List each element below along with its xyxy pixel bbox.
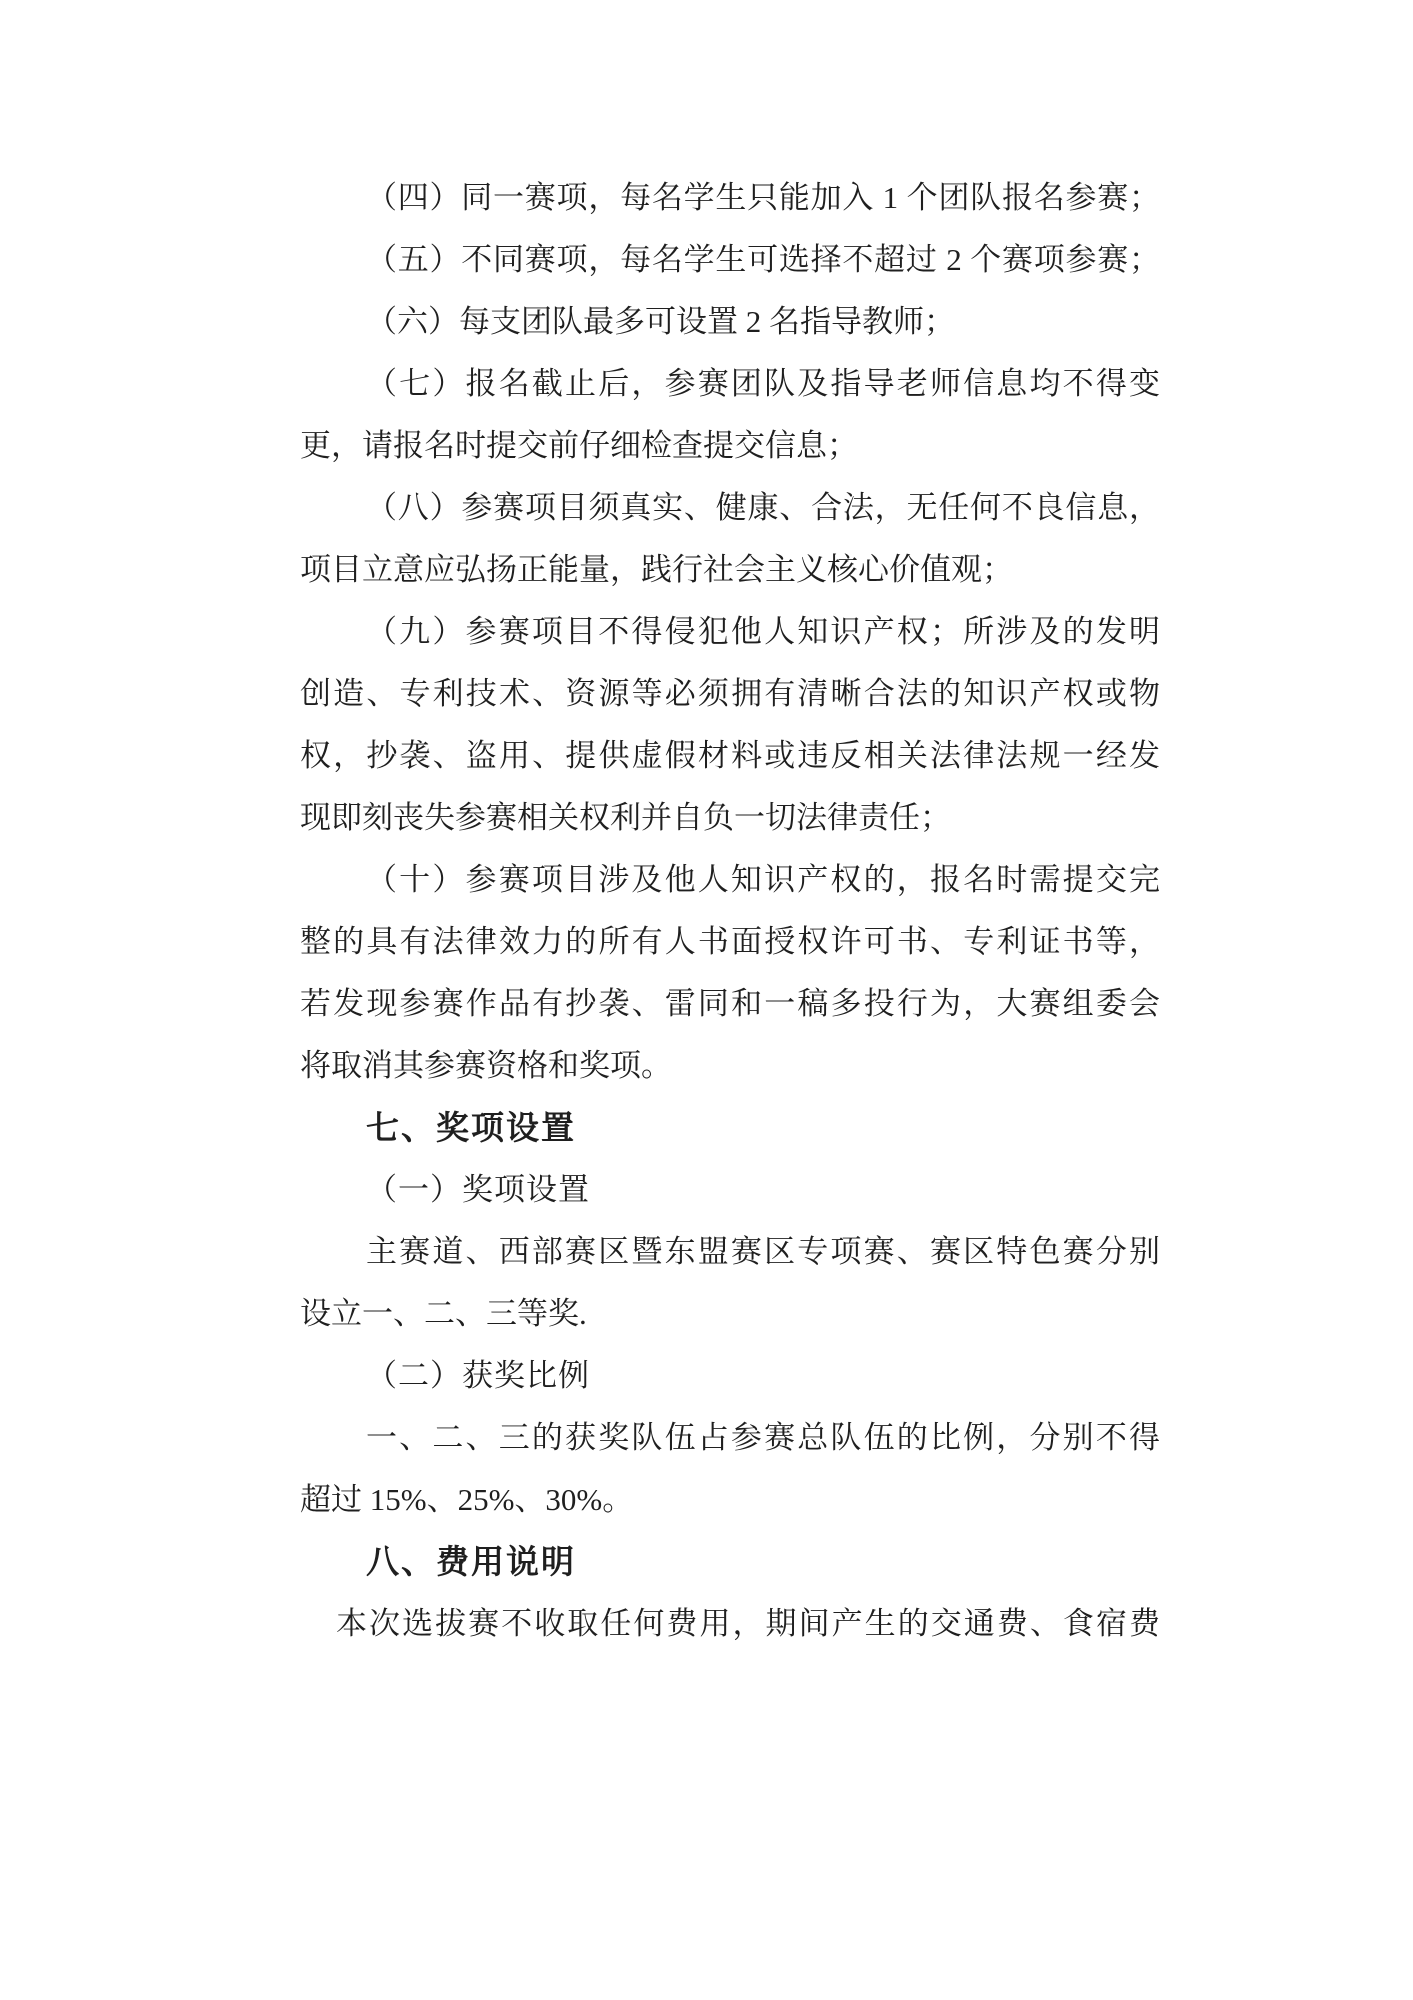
text-line: 本次选拔赛不收取任何费用，期间产生的交通费、食宿费 bbox=[300, 1593, 1160, 1655]
text-line: （七）报名截止后，参赛团队及指导老师信息均不得变 bbox=[300, 353, 1160, 415]
text-line: 七、奖项设置 bbox=[300, 1097, 1160, 1159]
text-line: 超过 15%、25%、30%。 bbox=[300, 1469, 1160, 1531]
text-line: 一、二、三的获奖队伍占参赛总队伍的比例，分别不得 bbox=[300, 1407, 1160, 1469]
text-line: （九）参赛项目不得侵犯他人知识产权；所涉及的发明 bbox=[300, 601, 1160, 663]
text-line: 若发现参赛作品有抄袭、雷同和一稿多投行为，大赛组委会 bbox=[300, 973, 1160, 1035]
document-page: （四）同一赛项，每名学生只能加入 1 个团队报名参赛；（五）不同赛项，每名学生可… bbox=[0, 0, 1413, 2000]
document-text-block: （四）同一赛项，每名学生只能加入 1 个团队报名参赛；（五）不同赛项，每名学生可… bbox=[300, 167, 1160, 1655]
text-line: 项目立意应弘扬正能量，践行社会主义核心价值观； bbox=[300, 539, 1160, 601]
text-line: 主赛道、西部赛区暨东盟赛区专项赛、赛区特色赛分别 bbox=[300, 1221, 1160, 1283]
text-line: （四）同一赛项，每名学生只能加入 1 个团队报名参赛； bbox=[300, 167, 1160, 229]
text-line: （六）每支团队最多可设置 2 名指导教师； bbox=[300, 291, 1160, 353]
text-line: 权，抄袭、盗用、提供虚假材料或违反相关法律法规一经发 bbox=[300, 725, 1160, 787]
text-line: 八、费用说明 bbox=[300, 1531, 1160, 1593]
text-line: 设立一、二、三等奖. bbox=[300, 1283, 1160, 1345]
text-line: 更，请报名时提交前仔细检查提交信息； bbox=[300, 415, 1160, 477]
text-line: （一）奖项设置 bbox=[300, 1159, 1160, 1221]
text-line: 整的具有法律效力的所有人书面授权许可书、专利证书等， bbox=[300, 911, 1160, 973]
text-line: （八）参赛项目须真实、健康、合法，无任何不良信息， bbox=[300, 477, 1160, 539]
text-line: （二）获奖比例 bbox=[300, 1345, 1160, 1407]
text-line: （十）参赛项目涉及他人知识产权的，报名时需提交完 bbox=[300, 849, 1160, 911]
text-line: （五）不同赛项，每名学生可选择不超过 2 个赛项参赛； bbox=[300, 229, 1160, 291]
text-line: 将取消其参赛资格和奖项。 bbox=[300, 1035, 1160, 1097]
text-line: 现即刻丧失参赛相关权利并自负一切法律责任； bbox=[300, 787, 1160, 849]
text-line: 创造、专利技术、资源等必须拥有清晰合法的知识产权或物 bbox=[300, 663, 1160, 725]
